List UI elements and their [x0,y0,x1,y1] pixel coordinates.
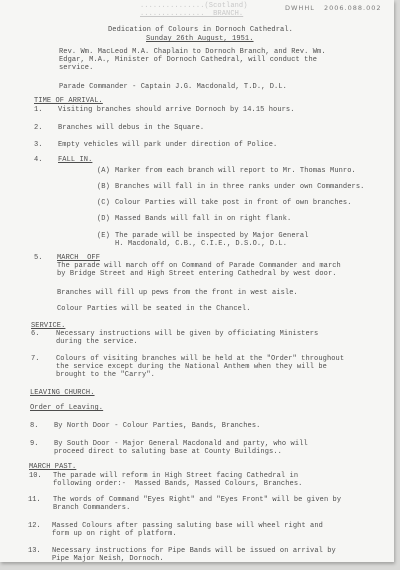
leaving-item-8: By North Door - Colour Parties, Bands, B… [54,422,260,430]
document-date: Sunday 26th August, 1951. [146,35,254,43]
parade-commander: Parade Commander - Captain J.G. Macdonal… [59,83,287,91]
item-number: 9. [30,440,38,448]
subheading-order-of-leaving: Order of Leaving. [30,404,103,412]
arrival-item-1: Visiting branches should arrive Dornoch … [58,106,295,114]
service-item-7-line-1: Colours of visiting branches will be hel… [56,355,344,363]
fall-in-item-c: Colour Parties will take post in front o… [115,199,352,207]
heading-fall-in: FALL IN. [58,156,92,164]
item-number: 4. [34,156,42,164]
service-item-7-line-2: the service except during the National A… [56,363,327,371]
arrival-item-2: Branches will debus in the Square. [58,124,204,132]
item-number: 2. [34,124,42,132]
document-title: Dedication of Colours in Dornoch Cathedr… [108,26,293,34]
march-past-item-12-line-1: Massed Colours after passing saluting ba… [52,522,323,530]
fall-in-item-e: The parade will be inspected by Major Ge… [115,232,309,240]
item-number: 8. [30,422,38,430]
fall-in-label-c: (C) [97,199,110,207]
march-past-item-12-line-2: form up on right of platform. [52,530,177,538]
march-off-line-2: by Bridge Street and High Street enterin… [57,270,337,278]
service-item-7-line-3: brought to the "Carry". [56,371,155,379]
heading-march-past: MARCH PAST. [29,463,76,471]
march-past-item-13-line-2: Pipe Major Neish, Dornoch. [52,555,164,562]
item-number: 11. [28,496,41,504]
clergy-line-2: Edgar, M.A., Minister of Dornoch Cathedr… [59,56,317,64]
march-past-item-11-line-1: The words of Command "Eyes Right" and "E… [53,496,341,504]
arrival-item-3: Empty vehicles will park under direction… [58,141,277,149]
march-past-item-10-line-1: The parade will reform in High Street fa… [53,472,298,480]
item-number: 6. [31,330,39,338]
fall-in-label-a: (A) [97,167,110,175]
fall-in-label-b: (B) [97,183,110,191]
march-off-chancel: Colour Parties will be seated in the Cha… [57,305,251,313]
archive-reference: DWHHL 2006.088.002 [285,4,382,12]
letterhead-line-2: ............... BRANCH. [140,10,243,18]
item-number: 5. [34,254,42,262]
clergy-line-3: service. [59,64,93,72]
service-item-6-line-1: Necessary instructions will be given by … [56,330,318,338]
letterhead-line-1: ...............(Scotland) [140,2,248,10]
fall-in-label-d: (D) [97,215,110,223]
heading-service: SERVICE. [31,322,65,330]
fall-in-item-d: Massed Bands will fall in on right flank… [115,215,291,223]
march-past-item-10-line-2: following order:- Massed Bands, Massed C… [53,480,302,488]
item-number: 3. [34,141,42,149]
heading-leaving-church: LEAVING CHURCH. [30,389,95,397]
clergy-line-1: Rev. Wm. MacLeod M.A. Chaplain to Dornoc… [59,48,326,56]
fall-in-label-e: (E) [97,232,110,240]
item-number: 12. [28,522,41,530]
leaving-item-9-line-1: By South Door - Major General Macdonald … [54,440,308,448]
heading-time-of-arrival: TIME OF ARRIVAL. [34,97,103,105]
march-off-line-1: The parade will march off on Command of … [57,262,341,270]
item-number: 1. [34,106,42,114]
march-past-item-13-line-1: Necessary instructions for Pipe Bands wi… [52,547,336,555]
service-item-6-line-2: during the service. [56,338,138,346]
document-page: ...............(Scotland) ..............… [0,0,394,562]
march-off-pews: Branches will fill up pews from the fron… [57,289,298,297]
heading-march-off: MARCH OFF [57,254,100,262]
item-number: 10. [29,472,42,480]
fall-in-item-b: Branches will fall in in three ranks und… [115,183,364,191]
item-number: 7. [31,355,39,363]
item-number: 13. [28,547,41,555]
fall-in-item-a: Marker from each branch will report to M… [115,167,356,175]
fall-in-item-e-cont: H. Macdonald, C.B., C.I.E., D.S.O., D.L. [115,240,287,248]
march-past-item-11-line-2: Branch Commanders. [53,504,130,512]
leaving-item-9-line-2: proceed direct to saluting base at Count… [54,448,282,456]
